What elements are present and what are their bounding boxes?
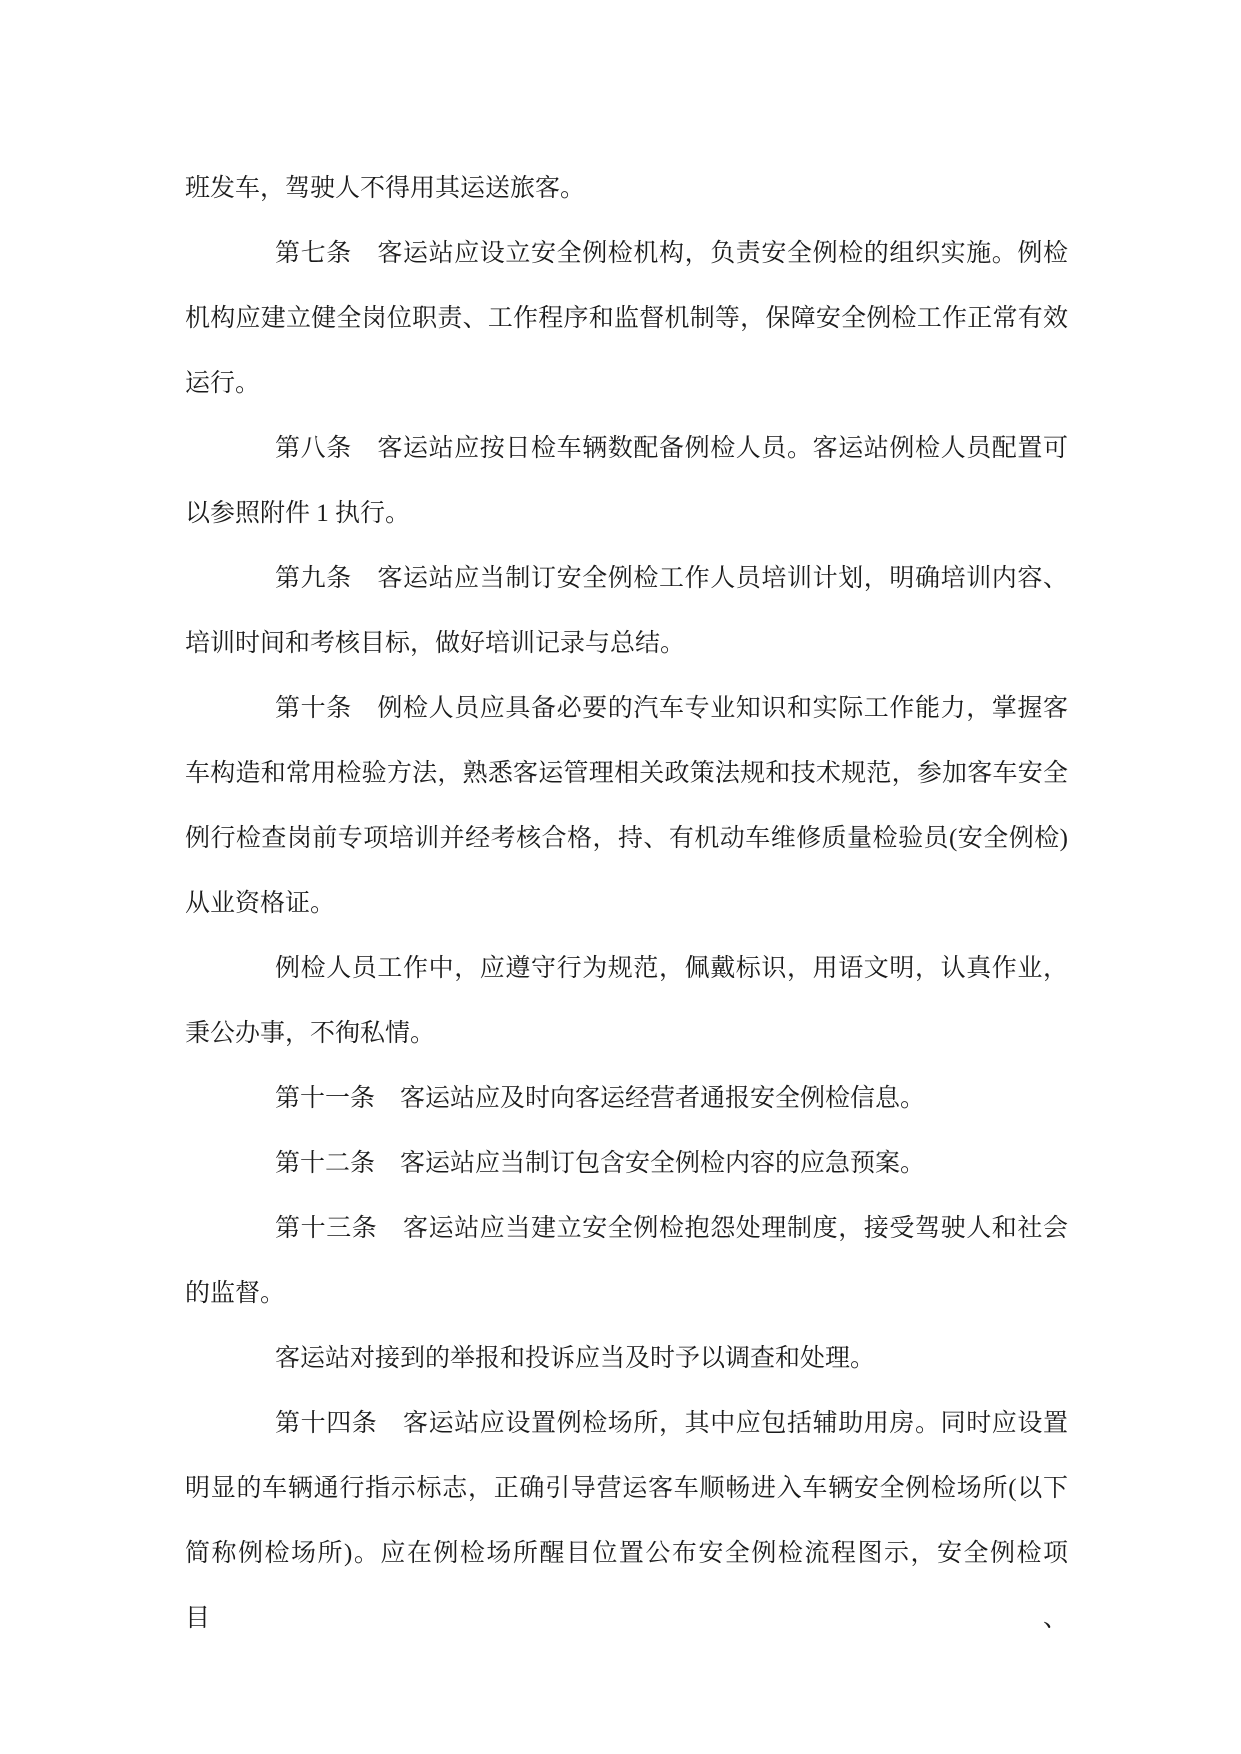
document-line: 机构应建立健全岗位职责、工作程序和监督机制等，保障安全例检工作正常有效 (185, 286, 1068, 351)
document-line: 从业资格证。 (185, 871, 1068, 936)
document-line: 第十三条 客运站应当建立安全例检抱怨处理制度，接受驾驶人和社会 (185, 1196, 1068, 1261)
document-line: 培训时间和考核目标，做好培训记录与总结。 (185, 611, 1068, 676)
document-line: 的监督。 (185, 1261, 1068, 1326)
document-line: 秉公办事，不徇私情。 (185, 1001, 1068, 1066)
document-line: 第八条 客运站应按日检车辆数配备例检人员。客运站例检人员配置可 (185, 416, 1068, 481)
document-line: 第十二条 客运站应当制订包含安全例检内容的应急预案。 (185, 1131, 1068, 1196)
document-page: 班发车，驾驶人不得用其运送旅客。第七条 客运站应设立安全例检机构，负责安全例检的… (0, 0, 1241, 1754)
document-line: 第九条 客运站应当制订安全例检工作人员培训计划，明确培训内容、 (185, 546, 1068, 611)
document-line: 例行检查岗前专项培训并经考核合格，持、有机动车维修质量检验员(安全例检) (185, 806, 1068, 871)
document-line: 第七条 客运站应设立安全例检机构，负责安全例检的组织实施。例检 (185, 221, 1068, 286)
document-line: 明显的车辆通行指示标志，正确引导营运客车顺畅进入车辆安全例检场所(以下 (185, 1456, 1068, 1521)
document-line: 车构造和常用检验方法，熟悉客运管理相关政策法规和技术规范，参加客车安全 (185, 741, 1068, 806)
document-line: 第十一条 客运站应及时向客运经营者通报安全例检信息。 (185, 1066, 1068, 1131)
document-line: 以参照附件 1 执行。 (185, 481, 1068, 546)
document-line: 简称例检场所)。应在例检场所醒目位置公布安全例检流程图示，安全例检项目、 (185, 1521, 1068, 1586)
document-line: 运行。 (185, 351, 1068, 416)
document-line: 班发车，驾驶人不得用其运送旅客。 (185, 156, 1068, 221)
document-line: 第十条 例检人员应具备必要的汽车专业知识和实际工作能力，掌握客 (185, 676, 1068, 741)
document-line: 第十四条 客运站应设置例检场所，其中应包括辅助用房。同时应设置 (185, 1391, 1068, 1456)
document-body: 班发车，驾驶人不得用其运送旅客。第七条 客运站应设立安全例检机构，负责安全例检的… (185, 156, 1068, 1586)
document-line: 例检人员工作中，应遵守行为规范，佩戴标识，用语文明，认真作业， (185, 936, 1068, 1001)
document-line: 客运站对接到的举报和投诉应当及时予以调查和处理。 (185, 1326, 1068, 1391)
